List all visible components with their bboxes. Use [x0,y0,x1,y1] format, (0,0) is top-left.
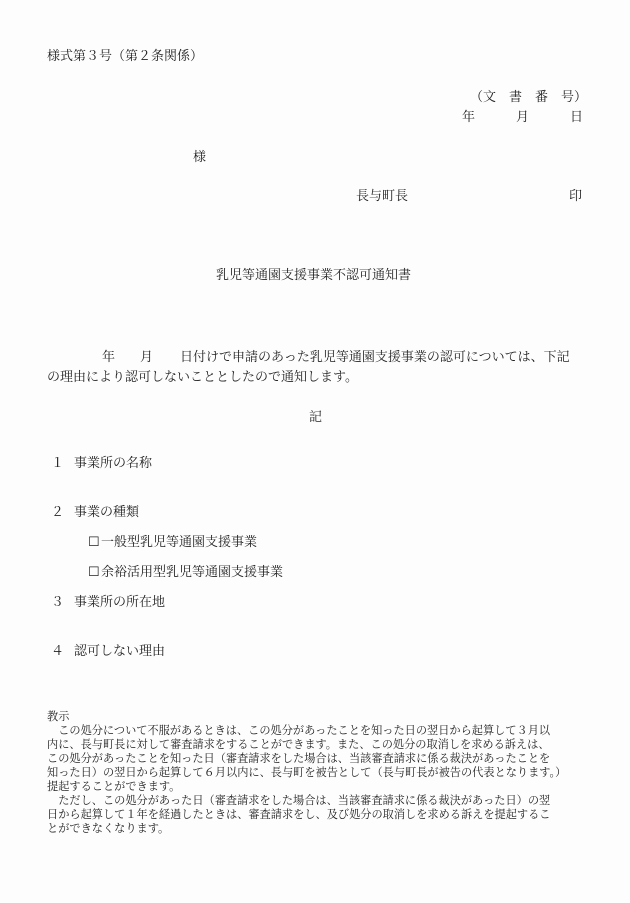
checkbox-icon[interactable]: ☐ [88,565,100,581]
sender-name: 長与町長 [356,189,408,205]
seal-mark: 印 [569,189,582,205]
body-line-2: の理由により認可しないこととしたので通知します。 [47,370,358,386]
checkbox-icon[interactable]: ☐ [88,535,100,551]
notice-line: 内に、長与町長に対して審査請求をすることができます。また、この処分の取消しを求め… [47,738,587,752]
item-label: 認可しない理由 [74,644,165,660]
notice-line: 日から起算して１年を経過したときは、審査請求をし、及び処分の取消しを求める訴えを… [47,808,587,822]
document-title: 乳児等通園支援事業不認可通知書 [216,268,411,284]
option-label: 余裕活用型乳児等通園支援事業 [101,565,283,581]
notice-heading: 教示 [47,710,69,724]
item-label: 事業所の名称 [74,456,152,472]
option-label: 一般型乳児等通園支援事業 [101,535,257,551]
addressee-suffix: 様 [193,150,206,166]
document-number: （文 書 番 号） [470,90,587,106]
date-day: 日 [570,110,583,126]
form-number: 様式第３号（第２条関係） [47,49,203,65]
notice-line: 提起することができます。 [47,780,587,794]
body-year: 年 [102,350,115,366]
item-label: 事業の種類 [74,505,139,521]
notice-line: とができなくなります。 [47,822,587,836]
item-number: １ [51,456,64,472]
notice-line: ただし、この処分があった日（審査請求をした場合は、当該審査請求に係る裁決があった… [47,794,587,808]
date-month: 月 [516,110,529,126]
item-number: ３ [51,595,64,611]
notice-body: この処分について不服があるときは、この処分があったことを知った日の翌日から起算し… [47,724,587,836]
notice-line: 知った日）の翌日から起算して６月以内に、長与町を被告として（長与町長が被告の代表… [47,766,587,780]
date-year: 年 [462,110,475,126]
item-number: ２ [51,505,64,521]
notice-line: この処分について不服があるときは、この処分があったことを知った日の翌日から起算し… [47,724,587,738]
body-line-1: 日付けで申請のあった乳児等通園支援事業の認可については、下記 [180,350,570,366]
item-number: ４ [51,644,64,660]
ki-heading: 記 [309,410,322,426]
notice-line: この処分があったことを知った日（審査請求をした場合は、当該審査請求に係る裁決があ… [47,752,587,766]
item-label: 事業所の所在地 [74,595,165,611]
body-month: 月 [140,350,153,366]
